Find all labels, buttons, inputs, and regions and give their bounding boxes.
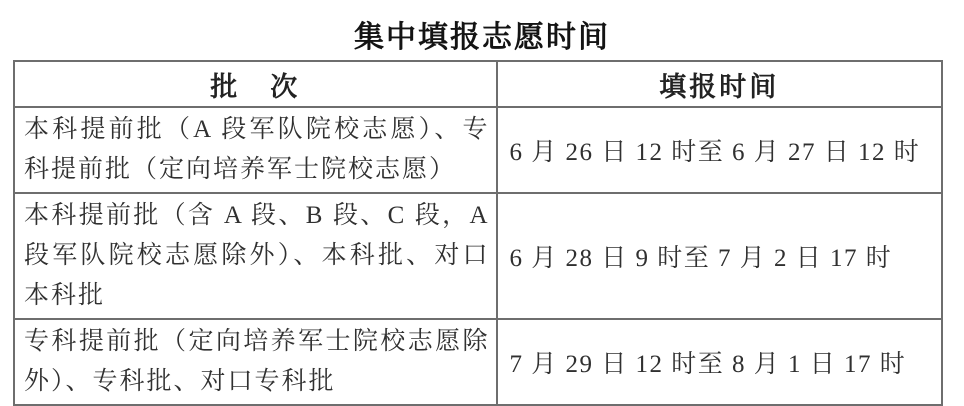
batch-cell: 本科提前批（A 段军队院校志愿）、专科提前批（定向培养军士院校志愿） xyxy=(14,107,497,193)
table-row: 本科提前批（含 A 段、B 段、C 段，A 段军队院校志愿除外）、本科批、对口本… xyxy=(14,193,942,319)
batch-cell: 本科提前批（含 A 段、B 段、C 段，A 段军队院校志愿除外）、本科批、对口本… xyxy=(14,193,497,319)
table-row: 专科提前批（定向培养军士院校志愿除外）、专科批、对口专科批 7 月 29 日 1… xyxy=(14,319,942,405)
column-header-batch: 批 次 xyxy=(14,61,497,107)
application-schedule-table: 批 次 填报时间 本科提前批（A 段军队院校志愿）、专科提前批（定向培养军士院校… xyxy=(13,60,943,406)
table-header-row: 批 次 填报时间 xyxy=(14,61,942,107)
batch-cell: 专科提前批（定向培养军士院校志愿除外）、专科批、对口专科批 xyxy=(14,319,497,405)
time-cell: 6 月 28 日 9 时至 7 月 2 日 17 时 xyxy=(497,193,942,319)
page-title: 集中填报志愿时间 xyxy=(0,12,964,56)
table-row: 本科提前批（A 段军队院校志愿）、专科提前批（定向培养军士院校志愿） 6 月 2… xyxy=(14,107,942,193)
time-cell: 7 月 29 日 12 时至 8 月 1 日 17 时 xyxy=(497,319,942,405)
time-cell: 6 月 26 日 12 时至 6 月 27 日 12 时 xyxy=(497,107,942,193)
document-page: 集中填报志愿时间 批 次 填报时间 本科提前批（A 段军队院校志愿）、专科提前批… xyxy=(0,0,964,406)
column-header-time: 填报时间 xyxy=(497,61,942,107)
